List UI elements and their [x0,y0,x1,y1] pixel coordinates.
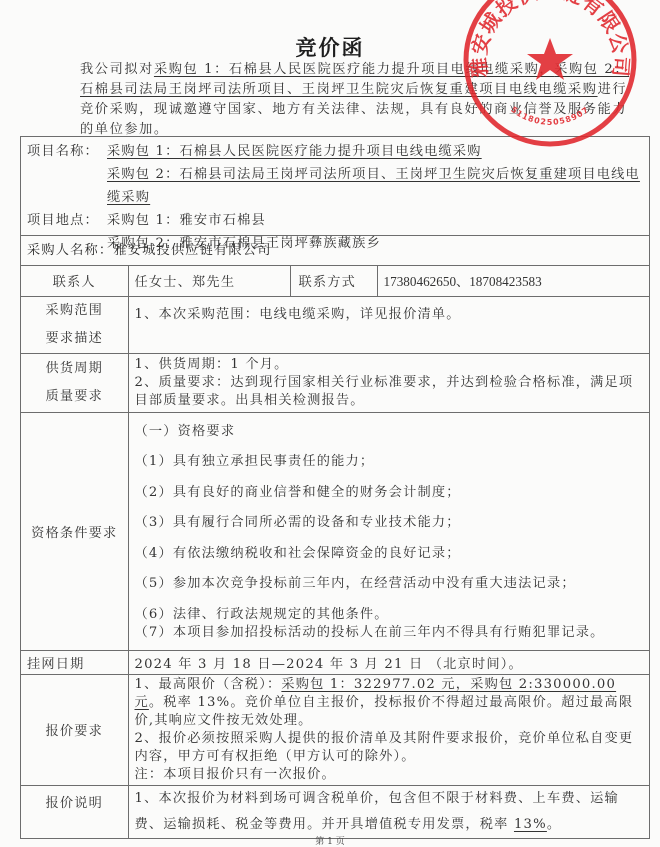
document-title: 竞价函 [0,32,660,62]
qualification-label: 资格条件要求 [21,412,128,650]
max-price-suffix: 。税率 13%。竞价单位自主报价，投标报价不得超过最高限价。超过最高限价,其响应… [135,695,634,728]
scope-row: 采购范围 要求描述 1、本次采购范围：电线电缆采购，详见报价清单。 [21,296,649,353]
supply-period: 1、供货周期：1 个月。 [135,356,644,374]
project-name-label: 项目名称： [27,140,107,163]
intro-separator: ， [539,62,554,77]
qualification-item: （3）具有履行合同所必需的设备和专业技术能力； [135,508,644,539]
contact-person-value: 任女士、郑先生 [128,266,290,296]
qualification-text: （一）资格要求 （1）具有独立承担民事责任的能力； （2）具有良好的商业信誉和健… [128,412,649,650]
project-info-block: 项目名称： 采购包 1：石棉县人民医院医疗能力提升项目电线电缆采购 采购包 2：… [21,137,649,236]
supply-label-line-1: 供货周期 [27,355,122,383]
scope-text: 1、本次采购范围：电线电缆采购，详见报价清单。 [128,296,649,353]
scope-label: 采购范围 要求描述 [21,296,128,353]
intro-prefix: 我公司拟对 [80,62,154,77]
project-name-package-2: 采购包 2：石棉县司法局王岗坪司法所项目、王岗坪卫生院灾后恢复重建项目电线电缆采… [107,167,640,205]
supply-text: 1、供货周期：1 个月。 2、质量要求：达到现行国家相关行业标准要求，并达到检验… [128,353,649,412]
project-name-package-1: 采购包 1：石棉县人民医院医疗能力提升项目电线电缆采购 [107,140,482,163]
supply-label-line-2: 质量要求 [27,383,122,411]
tax-rate: 13% [514,817,547,832]
quote-list-clause: 2、报价必须按照采购人提供的报价清单及其附件要求报价，竞价单位私自变更内容，甲方… [135,730,644,766]
supply-label: 供货周期 质量要求 [21,353,128,412]
qualification-item: （2）具有良好的商业信誉和健全的财务会计制度； [135,478,644,509]
quote-requirements-row: 报价要求 1、最高限价（含税）：采购包 1：322977.02 元，采购包 2:… [21,674,649,785]
quote-description-label: 报价说明 [21,785,128,838]
quote-note: 注：本项目报价只有一次报价。 [135,766,644,784]
scope-label-line-1: 采购范围 [27,297,122,325]
qualification-row: 资格条件要求 （一）资格要求 （1）具有独立承担民事责任的能力； （2）具有良好… [21,412,649,650]
purchaser-value: 雅安城投供应链有限公司 [113,243,271,258]
contact-method-value: 17380462650、18708423583 [377,266,649,296]
qualification-item: （1）具有独立承担民事责任的能力； [135,447,644,478]
max-price-prefix: 1、最高限价（含税）： [135,677,282,692]
quality-requirement: 2、质量要求：达到现行国家相关行业标准要求，并达到检验合格标准，满足项目部质量要… [135,374,644,410]
intro-paragraph: 我公司拟对采购包 1：石棉县人民医院医疗能力提升项目电线电缆采购，采购包 2：石… [54,60,640,140]
quote-description-text: 1、本次报价为材料到场可调含税单价，包含但不限于材料费、上车费、运输费、运输损耗… [128,785,649,838]
qualification-item: （6）法律、行政法规规定的其他条件。 [135,600,644,624]
purchaser-label: 采购人名称： [27,243,113,258]
bidding-form-table: 项目名称： 采购包 1：石棉县人民医院医疗能力提升项目电线电缆采购 采购包 2：… [20,136,650,839]
scope-label-line-2: 要求描述 [27,325,122,353]
details-table: 联系人 任女士、郑先生 联系方式 17380462650、18708423583… [21,266,649,838]
page-number: 第 1 页 [0,834,660,847]
qualification-item: （4）有依法缴纳税收和社会保障资金的良好记录； [135,539,644,570]
quote-requirements-text: 1、最高限价（含税）：采购包 1：322977.02 元，采购包 2:33000… [128,674,649,785]
supply-row: 供货周期 质量要求 1、供货周期：1 个月。 2、质量要求：达到现行国家相关行业… [21,353,649,412]
listing-date-row: 挂网日期 2024 年 3 月 18 日—2024 年 3 月 21 日 （北京… [21,650,649,674]
listing-date-label: 挂网日期 [21,650,128,674]
max-price-clause: 1、最高限价（含税）：采购包 1：322977.02 元，采购包 2:33000… [135,676,644,730]
quote-requirements-label: 报价要求 [21,674,128,785]
quote-description-end: 。 [547,817,561,832]
intro-package-1: 采购包 1：石棉县人民医院医疗能力提升项目电线电缆采购 [154,62,539,77]
contact-person-label: 联系人 [21,266,128,296]
qualification-item: （7）本项目参加招投标活动的投标人在前三年内不得具有行贿犯罪记录。 [135,624,644,648]
contact-row: 联系人 任女士、郑先生 联系方式 17380462650、18708423583 [21,266,649,296]
qualification-item: （5）参加本次竞争投标前三年内，在经营活动中没有重大违法记录； [135,569,644,600]
project-location-label: 项目地点： [27,209,107,232]
qualification-heading: （一）资格要求 [135,417,644,448]
quote-description-row: 报价说明 1、本次报价为材料到场可调含税单价，包含但不限于材料费、上车费、运输费… [21,785,649,838]
project-location-package-1: 采购包 1：雅安市石棉县 [107,209,266,232]
listing-date-value: 2024 年 3 月 18 日—2024 年 3 月 21 日 （北京时间）。 [128,650,649,674]
contact-method-label: 联系方式 [290,266,377,296]
